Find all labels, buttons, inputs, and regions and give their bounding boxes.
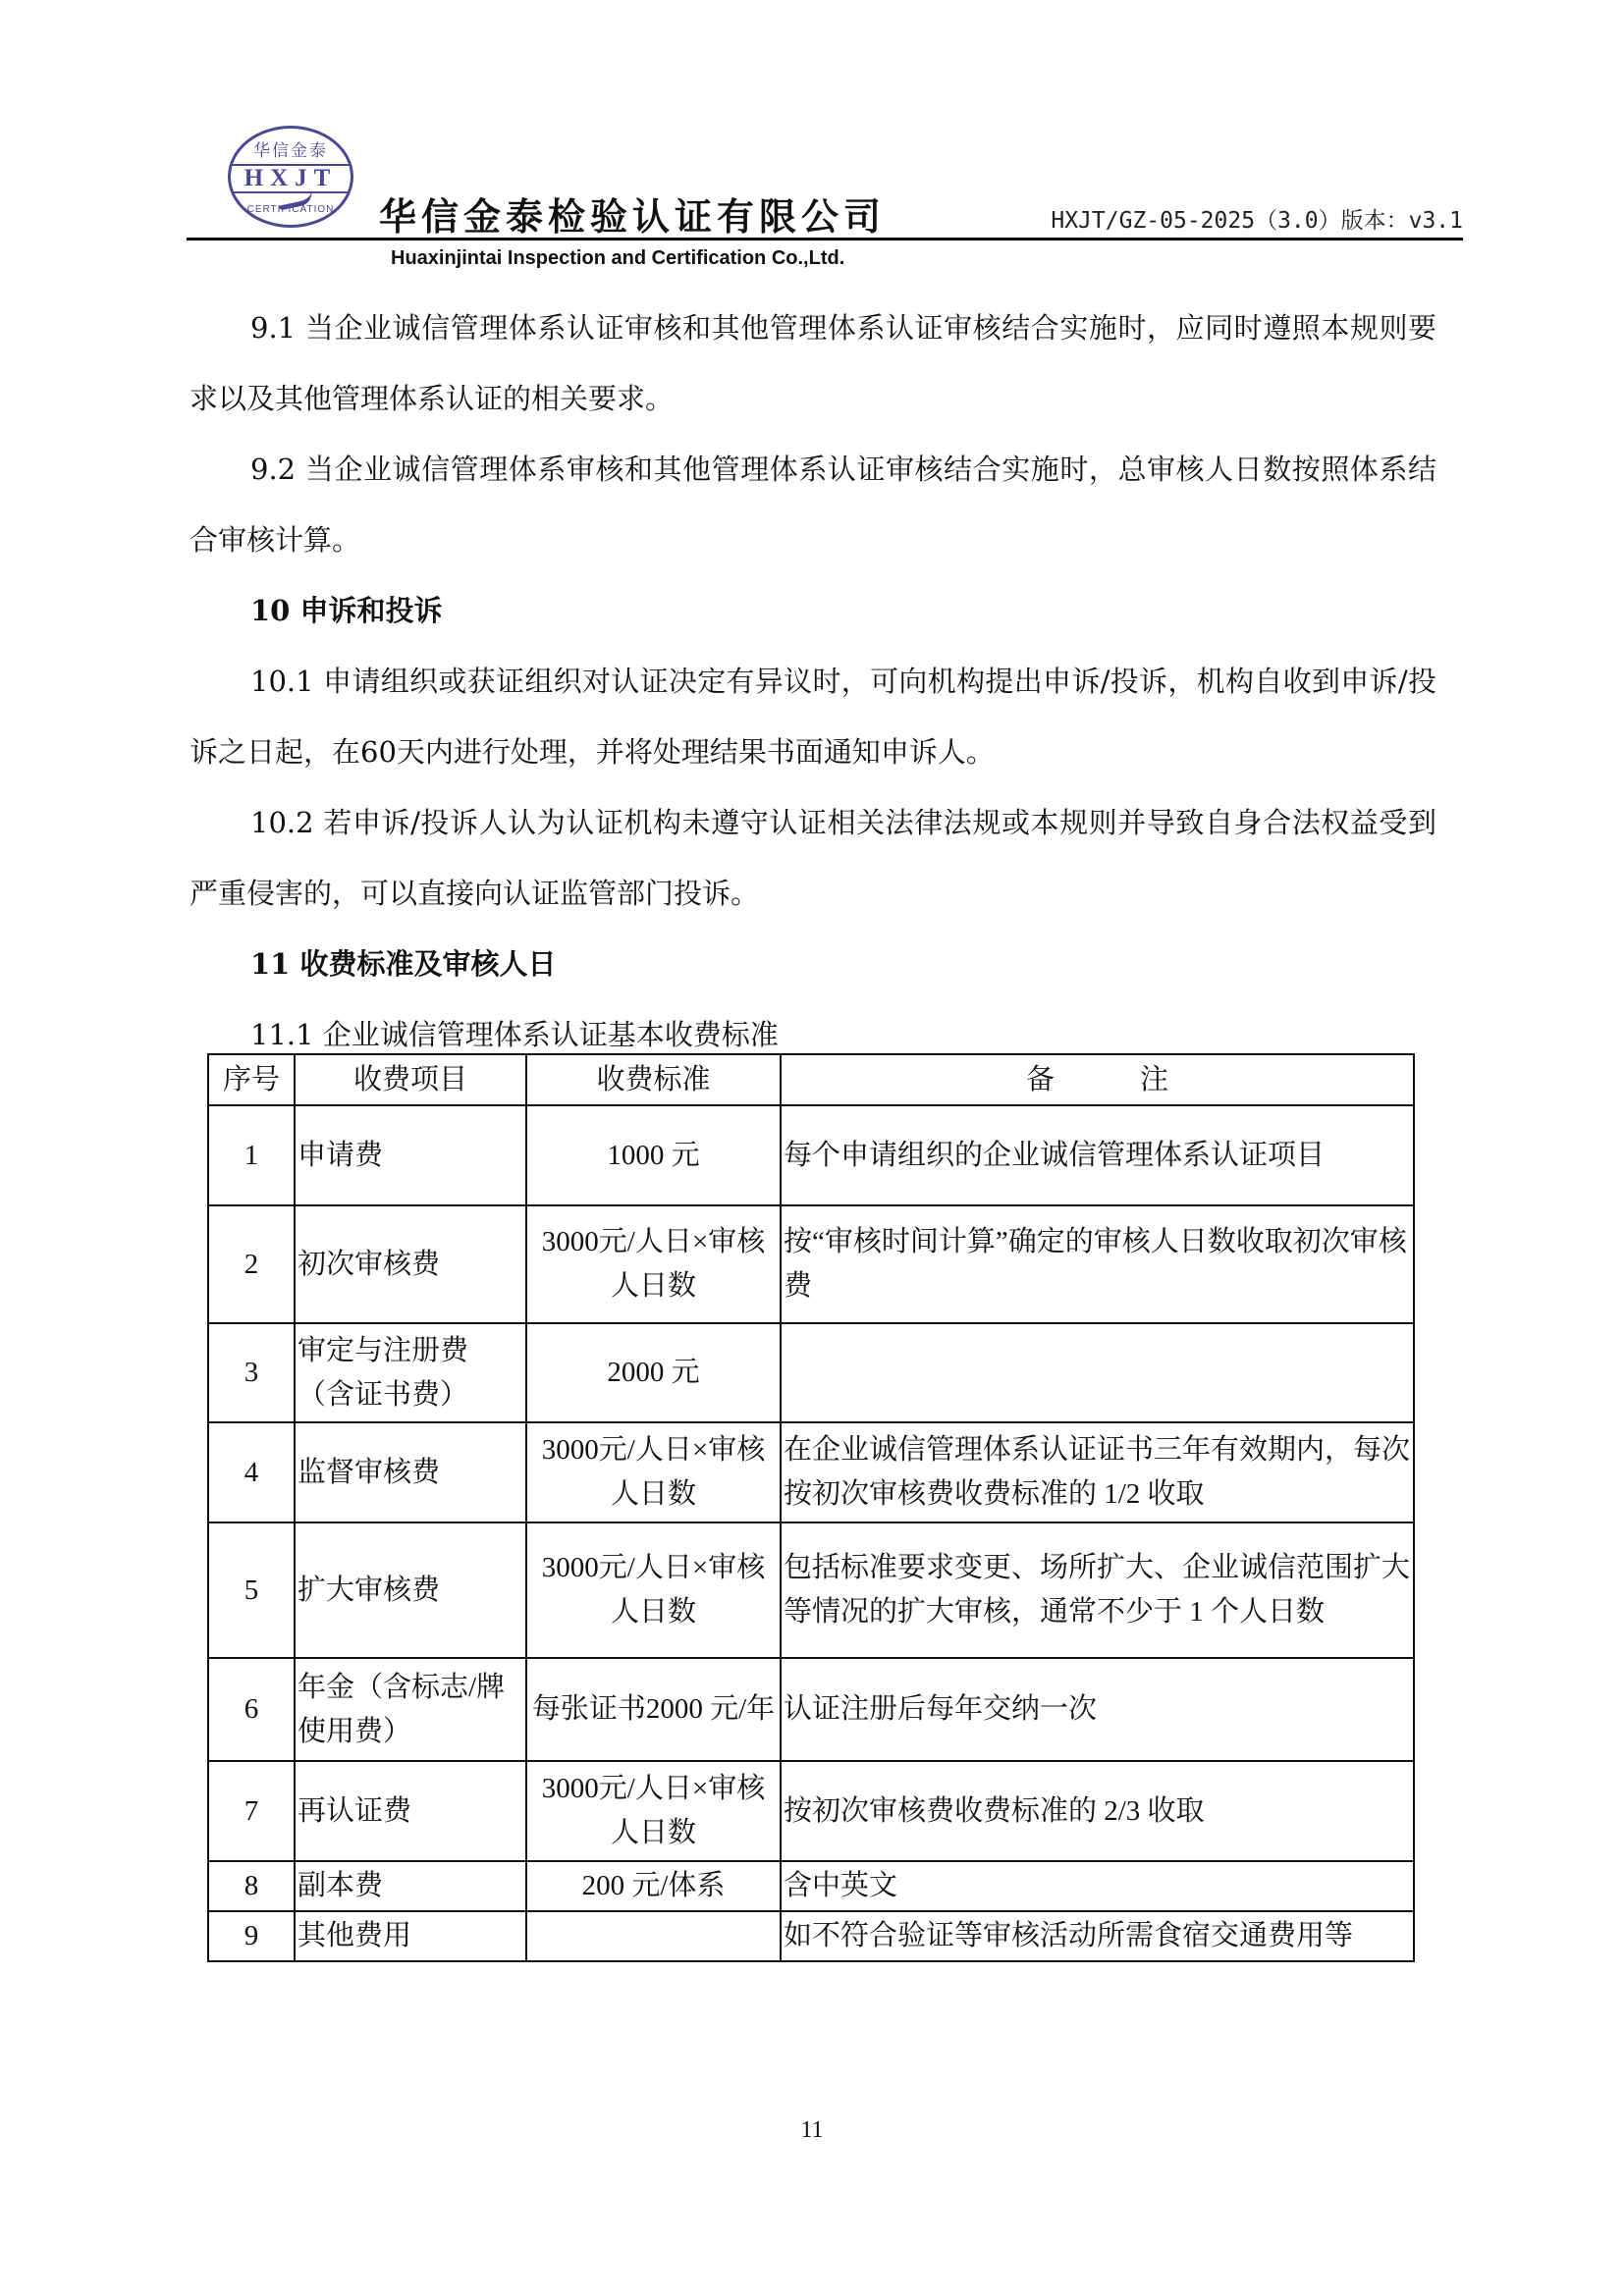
logo-abbr: HXJT [228,164,353,193]
logo-certification-text: CERTIFICATION [231,204,351,215]
cell-note: 在企业诚信管理体系认证证书三年有效期内，每次按初次审核费收费标准的 1/2 收取 [781,1422,1414,1522]
company-name-en: Huaxinjintai Inspection and Certificatio… [391,247,844,270]
document-body: 9.1 当企业诚信管理体系认证审核和其他管理体系认证审核结合实施时，应同时遵照本… [189,293,1436,1070]
table-row: 3 审定与注册费（含证书费） 2000 元 [208,1323,1414,1422]
cell-note: 如不符合验证等审核活动所需食宿交通费用等 [781,1911,1414,1961]
col-header-note: 备 注 [781,1054,1414,1105]
cell-standard: 每张证书2000 元/年 [526,1658,781,1761]
col-header-no: 序号 [208,1054,295,1105]
cell-standard: 3000元/人日×审核人日数 [526,1761,781,1861]
col-header-item: 收费项目 [295,1054,526,1105]
cell-note: 每个申请组织的企业诚信管理体系认证项目 [781,1105,1414,1205]
table-row: 9 其他费用 如不符合验证等审核活动所需食宿交通费用等 [208,1911,1414,1961]
cell-standard: 3000元/人日×审核人日数 [526,1422,781,1522]
section-heading-10: 10 申诉和投诉 [189,575,1436,646]
cell-no: 1 [208,1105,295,1205]
cell-item: 副本费 [295,1861,526,1911]
cell-item: 监督审核费 [295,1422,526,1522]
cell-no: 5 [208,1522,295,1658]
cell-note: 含中英文 [781,1861,1414,1911]
cell-no: 4 [208,1422,295,1522]
header-divider [187,238,1463,240]
cell-standard: 1000 元 [526,1105,781,1205]
cell-note: 按“审核时间计算”确定的审核人日数收取初次审核费 [781,1205,1414,1323]
company-name-cn: 华信金泰检验认证有限公司 [379,187,886,240]
cell-item: 再认证费 [295,1761,526,1861]
table-row: 4 监督审核费 3000元/人日×审核人日数 在企业诚信管理体系认证证书三年有效… [208,1422,1414,1522]
cell-no: 2 [208,1205,295,1323]
page-number: 11 [0,2117,1624,2144]
cell-item: 审定与注册费（含证书费） [295,1323,526,1422]
cell-no: 9 [208,1911,295,1961]
cell-item: 初次审核费 [295,1205,526,1323]
table-row: 1 申请费 1000 元 每个申请组织的企业诚信管理体系认证项目 [208,1105,1414,1205]
cell-item: 年金（含标志/牌使用费） [295,1658,526,1761]
table-row: 2 初次审核费 3000元/人日×审核人日数 按“审核时间计算”确定的审核人日数… [208,1205,1414,1323]
col-header-standard: 收费标准 [526,1054,781,1105]
table-row: 6 年金（含标志/牌使用费） 每张证书2000 元/年 认证注册后每年交纳一次 [208,1658,1414,1761]
cell-standard: 3000元/人日×审核人日数 [526,1205,781,1323]
company-logo-icon: 华信金泰 HXJT CERTIFICATION [228,126,353,228]
table-row: 5 扩大审核费 3000元/人日×审核人日数 包括标准要求变更、场所扩大、企业诚… [208,1522,1414,1658]
cell-standard: 3000元/人日×审核人日数 [526,1522,781,1658]
cell-note [781,1323,1414,1422]
paragraph-10-1: 10.1 申请组织或获证组织对认证决定有异议时，可向机构提出申诉/投诉，机构自收… [189,646,1436,787]
paragraph-10-2: 10.2 若申诉/投诉人认为认证机构未遵守认证相关法律法规或本规则并导致自身合法… [189,787,1436,929]
cell-item: 扩大审核费 [295,1522,526,1658]
table-header-row: 序号 收费项目 收费标准 备 注 [208,1054,1414,1105]
cell-no: 8 [208,1861,295,1911]
cell-note: 认证注册后每年交纳一次 [781,1658,1414,1761]
section-heading-11: 11 收费标准及审核人日 [189,929,1436,999]
document-code: HXJT/GZ-05-2025（3.0）版本：v3.1 [1051,202,1463,235]
cell-no: 3 [208,1323,295,1422]
table-row: 8 副本费 200 元/体系 含中英文 [208,1861,1414,1911]
cell-item: 其他费用 [295,1911,526,1961]
cell-note: 包括标准要求变更、场所扩大、企业诚信范围扩大等情况的扩大审核，通常不少于 1 个… [781,1522,1414,1658]
cell-note: 按初次审核费收费标准的 2/3 收取 [781,1761,1414,1861]
fee-standard-table: 序号 收费项目 收费标准 备 注 1 申请费 1000 元 每个申请组织的企业诚… [207,1053,1415,1962]
paragraph-9-1: 9.1 当企业诚信管理体系认证审核和其他管理体系认证审核结合实施时，应同时遵照本… [189,293,1436,434]
cell-standard: 2000 元 [526,1323,781,1422]
cell-item: 申请费 [295,1105,526,1205]
cell-no: 6 [208,1658,295,1761]
cell-no: 7 [208,1761,295,1861]
logo-cn-text: 华信金泰 [231,136,351,161]
cell-standard: 200 元/体系 [526,1861,781,1911]
paragraph-9-2: 9.2 当企业诚信管理体系审核和其他管理体系认证审核结合实施时，总审核人日数按照… [189,434,1436,575]
cell-standard [526,1911,781,1961]
page-header: 华信金泰 HXJT CERTIFICATION 华信金泰检验认证有限公司 HXJ… [187,118,1463,275]
table-row: 7 再认证费 3000元/人日×审核人日数 按初次审核费收费标准的 2/3 收取 [208,1761,1414,1861]
